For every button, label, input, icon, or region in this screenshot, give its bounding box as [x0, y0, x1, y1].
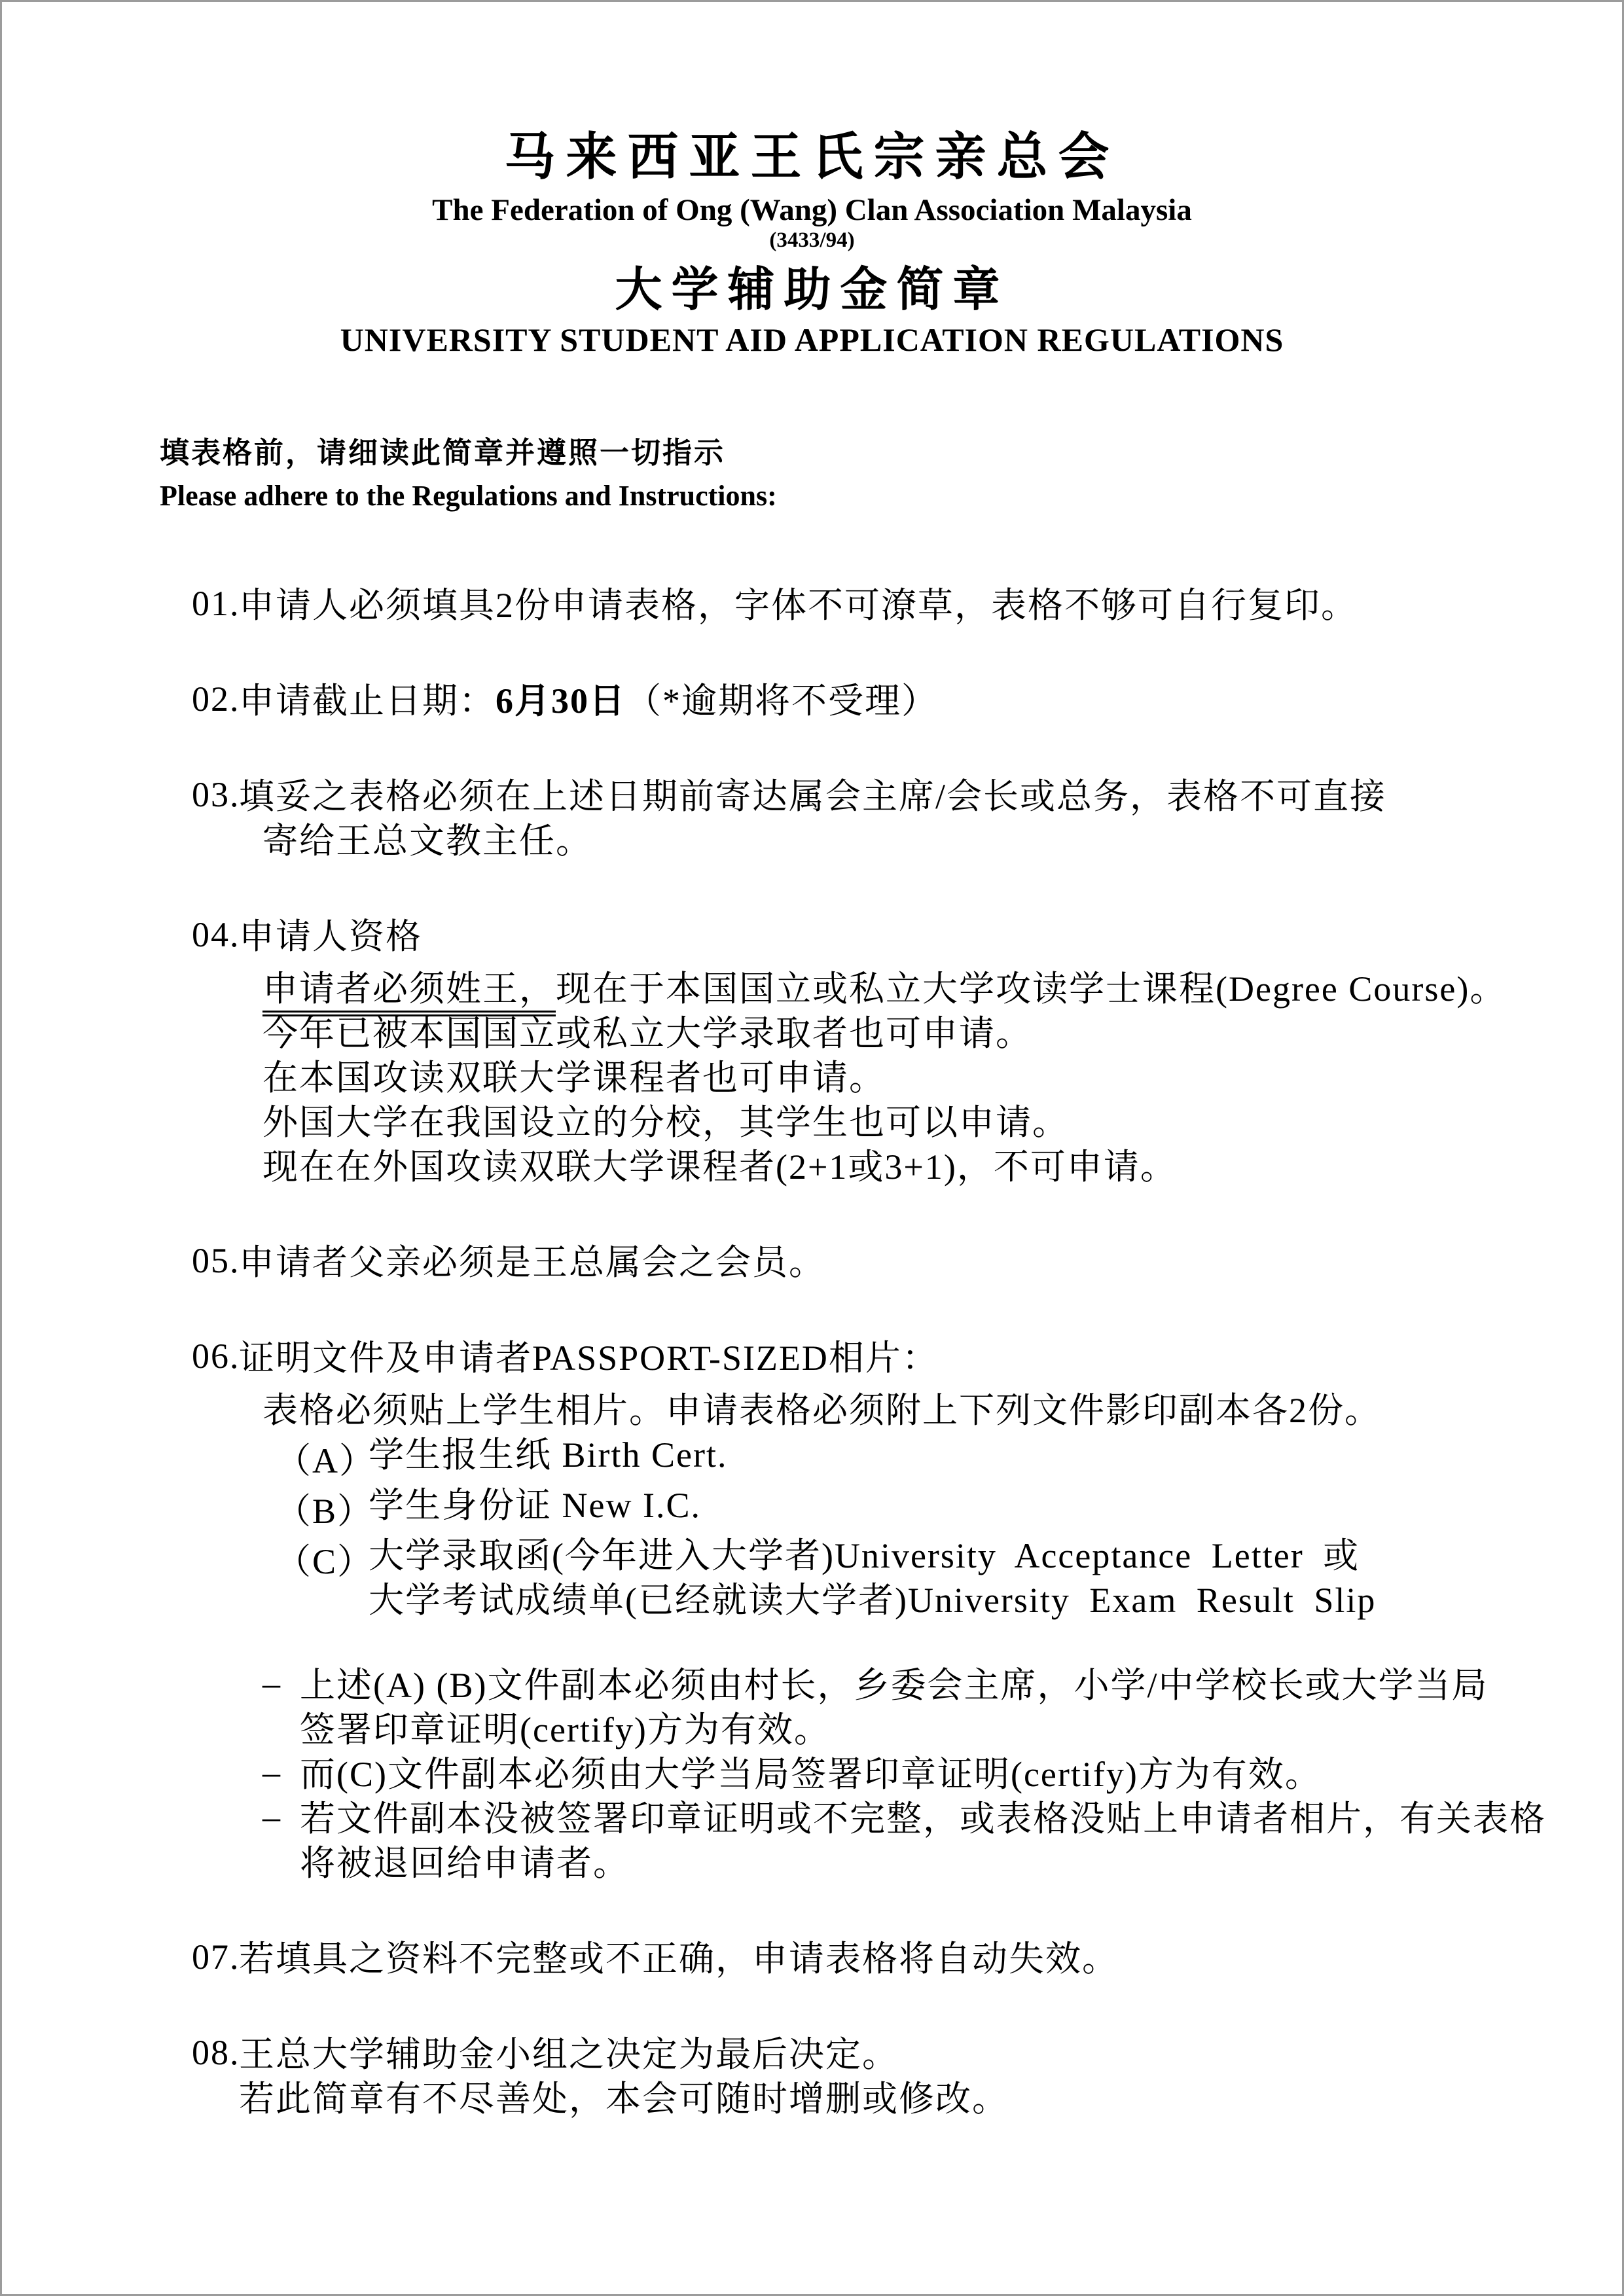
document-requirements: 表格必须贴上学生相片。申请表格必须附上下列文件影印副本各2份。 （A） 学生报生…	[262, 1388, 1471, 1886]
item-heading: 证明文件及申请者PASSPORT-SIZED相片：	[239, 1336, 1471, 1380]
document-header: 马来西亚王氏宗亲总会 The Federation of Ong (Wang) …	[2, 2, 1622, 358]
regulation-item-01: 01. 申请人必须填具2份申请表格，字体不可潦草，表格不够可自行复印。	[192, 583, 1471, 628]
note-text-line: 上述(A) (B)文件副本必须由村长，乡委会主席，小学/中学校长或大学当局	[300, 1663, 1488, 1708]
item-text: 申请截止日期：6月30日（*逾期将不受理）	[239, 679, 1471, 723]
org-name-english: The Federation of Ong (Wang) Clan Associ…	[2, 194, 1622, 226]
item-text: 申请人必须填具2份申请表格，字体不可潦草，表格不够可自行复印。	[239, 583, 1471, 628]
document-item-b: （B） 学生身份证 New I.C.	[276, 1483, 1471, 1534]
item-heading: 申请人资格	[239, 914, 1471, 959]
item-text: 申请者父亲必须是王总属会之会员。	[239, 1240, 1471, 1285]
item-text-line: 表格必须贴上学生相片。申请表格必须附上下列文件影印副本各2份。	[262, 1388, 1471, 1433]
item-number: 01.	[192, 583, 239, 628]
regulation-item-03: 03. 填妥之表格必须在上述日期前寄达属会主席/会长或总务，表格不可直接 寄给王…	[192, 774, 1471, 863]
item-number: 07.	[192, 1937, 239, 1981]
dash-bullet: –	[262, 1663, 300, 1752]
item-text: 若填具之资料不完整或不正确，申请表格将自动失效。	[239, 1937, 1471, 1981]
item-number: 08.	[192, 2032, 239, 2121]
regulation-item-04: 04. 申请人资格 申请者必须姓王，现在于本国国立或私立大学攻读学士课程(Deg…	[192, 914, 1471, 1189]
item-text-line: 若此简章有不尽善处，本会可随时增删或修改。	[239, 2077, 1471, 2121]
regulation-item-08: 08. 王总大学辅助金小组之决定为最后决定。 若此简章有不尽善处，本会可随时增删…	[192, 2032, 1471, 2121]
document-title-english: UNIVERSITY STUDENT AID APPLICATION REGUL…	[2, 322, 1622, 358]
item-number: 03.	[192, 774, 239, 863]
item-text-line: 在本国攻读双联大学课程者也可申请。	[262, 1056, 1471, 1100]
note-text-line: 若文件副本没被签署印章证明或不完整，或表格没贴上申请者相片，有关表格	[300, 1797, 1546, 1841]
preamble: 填表格前，请细读此简章并遵照一切指示 Please adhere to the …	[160, 434, 1622, 515]
document-name-line: 大学考试成绩单(已经就读大学者)University Exam Result S…	[369, 1578, 1376, 1623]
note-text-line: 签署印章证明(certify)方为有效。	[300, 1708, 1488, 1752]
deadline-date: 6月30日	[496, 681, 626, 721]
regulation-item-06: 06. 证明文件及申请者PASSPORT-SIZED相片： 表格必须贴上学生相片…	[192, 1336, 1471, 1886]
document-name: 学生报生纸 Birth Cert.	[369, 1433, 727, 1483]
org-name-chinese: 马来西亚王氏宗亲总会	[2, 128, 1622, 187]
item-number: 04.	[192, 914, 239, 1189]
regulation-item-07: 07. 若填具之资料不完整或不正确，申请表格将自动失效。	[192, 1937, 1471, 1981]
item-number: 05.	[192, 1240, 239, 1285]
item-text-line: 王总大学辅助金小组之决定为最后决定。	[239, 2032, 1471, 2077]
item-text-line: 申请者必须姓王，现在于本国国立或私立大学攻读学士课程(Degree Course…	[262, 967, 1471, 1011]
letter-label: （C）	[276, 1534, 369, 1623]
eligibility-details: 申请者必须姓王，现在于本国国立或私立大学攻读学士课程(Degree Course…	[262, 967, 1471, 1189]
document-title-chinese: 大学辅助金简章	[2, 263, 1622, 317]
underlined-requirement: 申请者必须姓王，	[262, 969, 556, 1016]
note-text-line: 将被退回给申请者。	[300, 1841, 1546, 1886]
item-text-line: 填妥之表格必须在上述日期前寄达属会主席/会长或总务，表格不可直接	[239, 774, 1471, 819]
item-text-line: 今年已被本国国立或私立大学录取者也可申请。	[262, 1011, 1471, 1056]
note-item: – 若文件副本没被签署印章证明或不完整，或表格没贴上申请者相片，有关表格 将被退…	[262, 1797, 1471, 1886]
dash-bullet: –	[262, 1797, 300, 1886]
dash-bullet: –	[262, 1752, 300, 1797]
deadline-prefix: 申请截止日期：	[239, 681, 496, 721]
letter-label: （B）	[276, 1483, 369, 1534]
registration-number: (3433/94)	[2, 228, 1622, 254]
requirement-rest: 现在于本国国立或私立大学攻读学士课程(Degree Course)。	[556, 969, 1506, 1009]
regulation-item-02: 02. 申请截止日期：6月30日（*逾期将不受理）	[192, 679, 1471, 723]
preamble-chinese: 填表格前，请细读此简章并遵照一切指示	[160, 434, 1622, 472]
item-text-line: 寄给王总文教主任。	[262, 819, 1471, 863]
note-item: – 而(C)文件副本必须由大学当局签署印章证明(certify)方为有效。	[262, 1752, 1471, 1797]
item-text-line: 外国大学在我国设立的分校，其学生也可以申请。	[262, 1100, 1471, 1145]
item-text-line: 现在在外国攻读双联大学课程者(2+1或3+1)，不可申请。	[262, 1145, 1471, 1189]
note-item: – 上述(A) (B)文件副本必须由村长，乡委会主席，小学/中学校长或大学当局 …	[262, 1663, 1471, 1752]
note-text-line: 而(C)文件副本必须由大学当局签署印章证明(certify)方为有效。	[300, 1752, 1322, 1797]
preamble-english: Please adhere to the Regulations and Ins…	[160, 477, 1622, 515]
item-number: 06.	[192, 1336, 239, 1886]
document-name-line: 大学录取函(今年进入大学者)University Acceptance Lett…	[369, 1534, 1376, 1578]
certification-notes: – 上述(A) (B)文件副本必须由村长，乡委会主席，小学/中学校长或大学当局 …	[262, 1663, 1471, 1886]
document-page: 马来西亚王氏宗亲总会 The Federation of Ong (Wang) …	[0, 0, 1624, 2296]
document-name: 学生身份证 New I.C.	[369, 1483, 701, 1534]
item-number: 02.	[192, 679, 239, 723]
regulation-list: 01. 申请人必须填具2份申请表格，字体不可潦草，表格不够可自行复印。 02. …	[2, 583, 1622, 2121]
letter-label: （A）	[276, 1433, 369, 1483]
document-item-c: （C） 大学录取函(今年进入大学者)University Acceptance …	[276, 1534, 1471, 1623]
deadline-note: （*逾期将不受理）	[626, 681, 938, 721]
regulation-item-05: 05. 申请者父亲必须是王总属会之会员。	[192, 1240, 1471, 1285]
document-item-a: （A） 学生报生纸 Birth Cert.	[276, 1433, 1471, 1483]
